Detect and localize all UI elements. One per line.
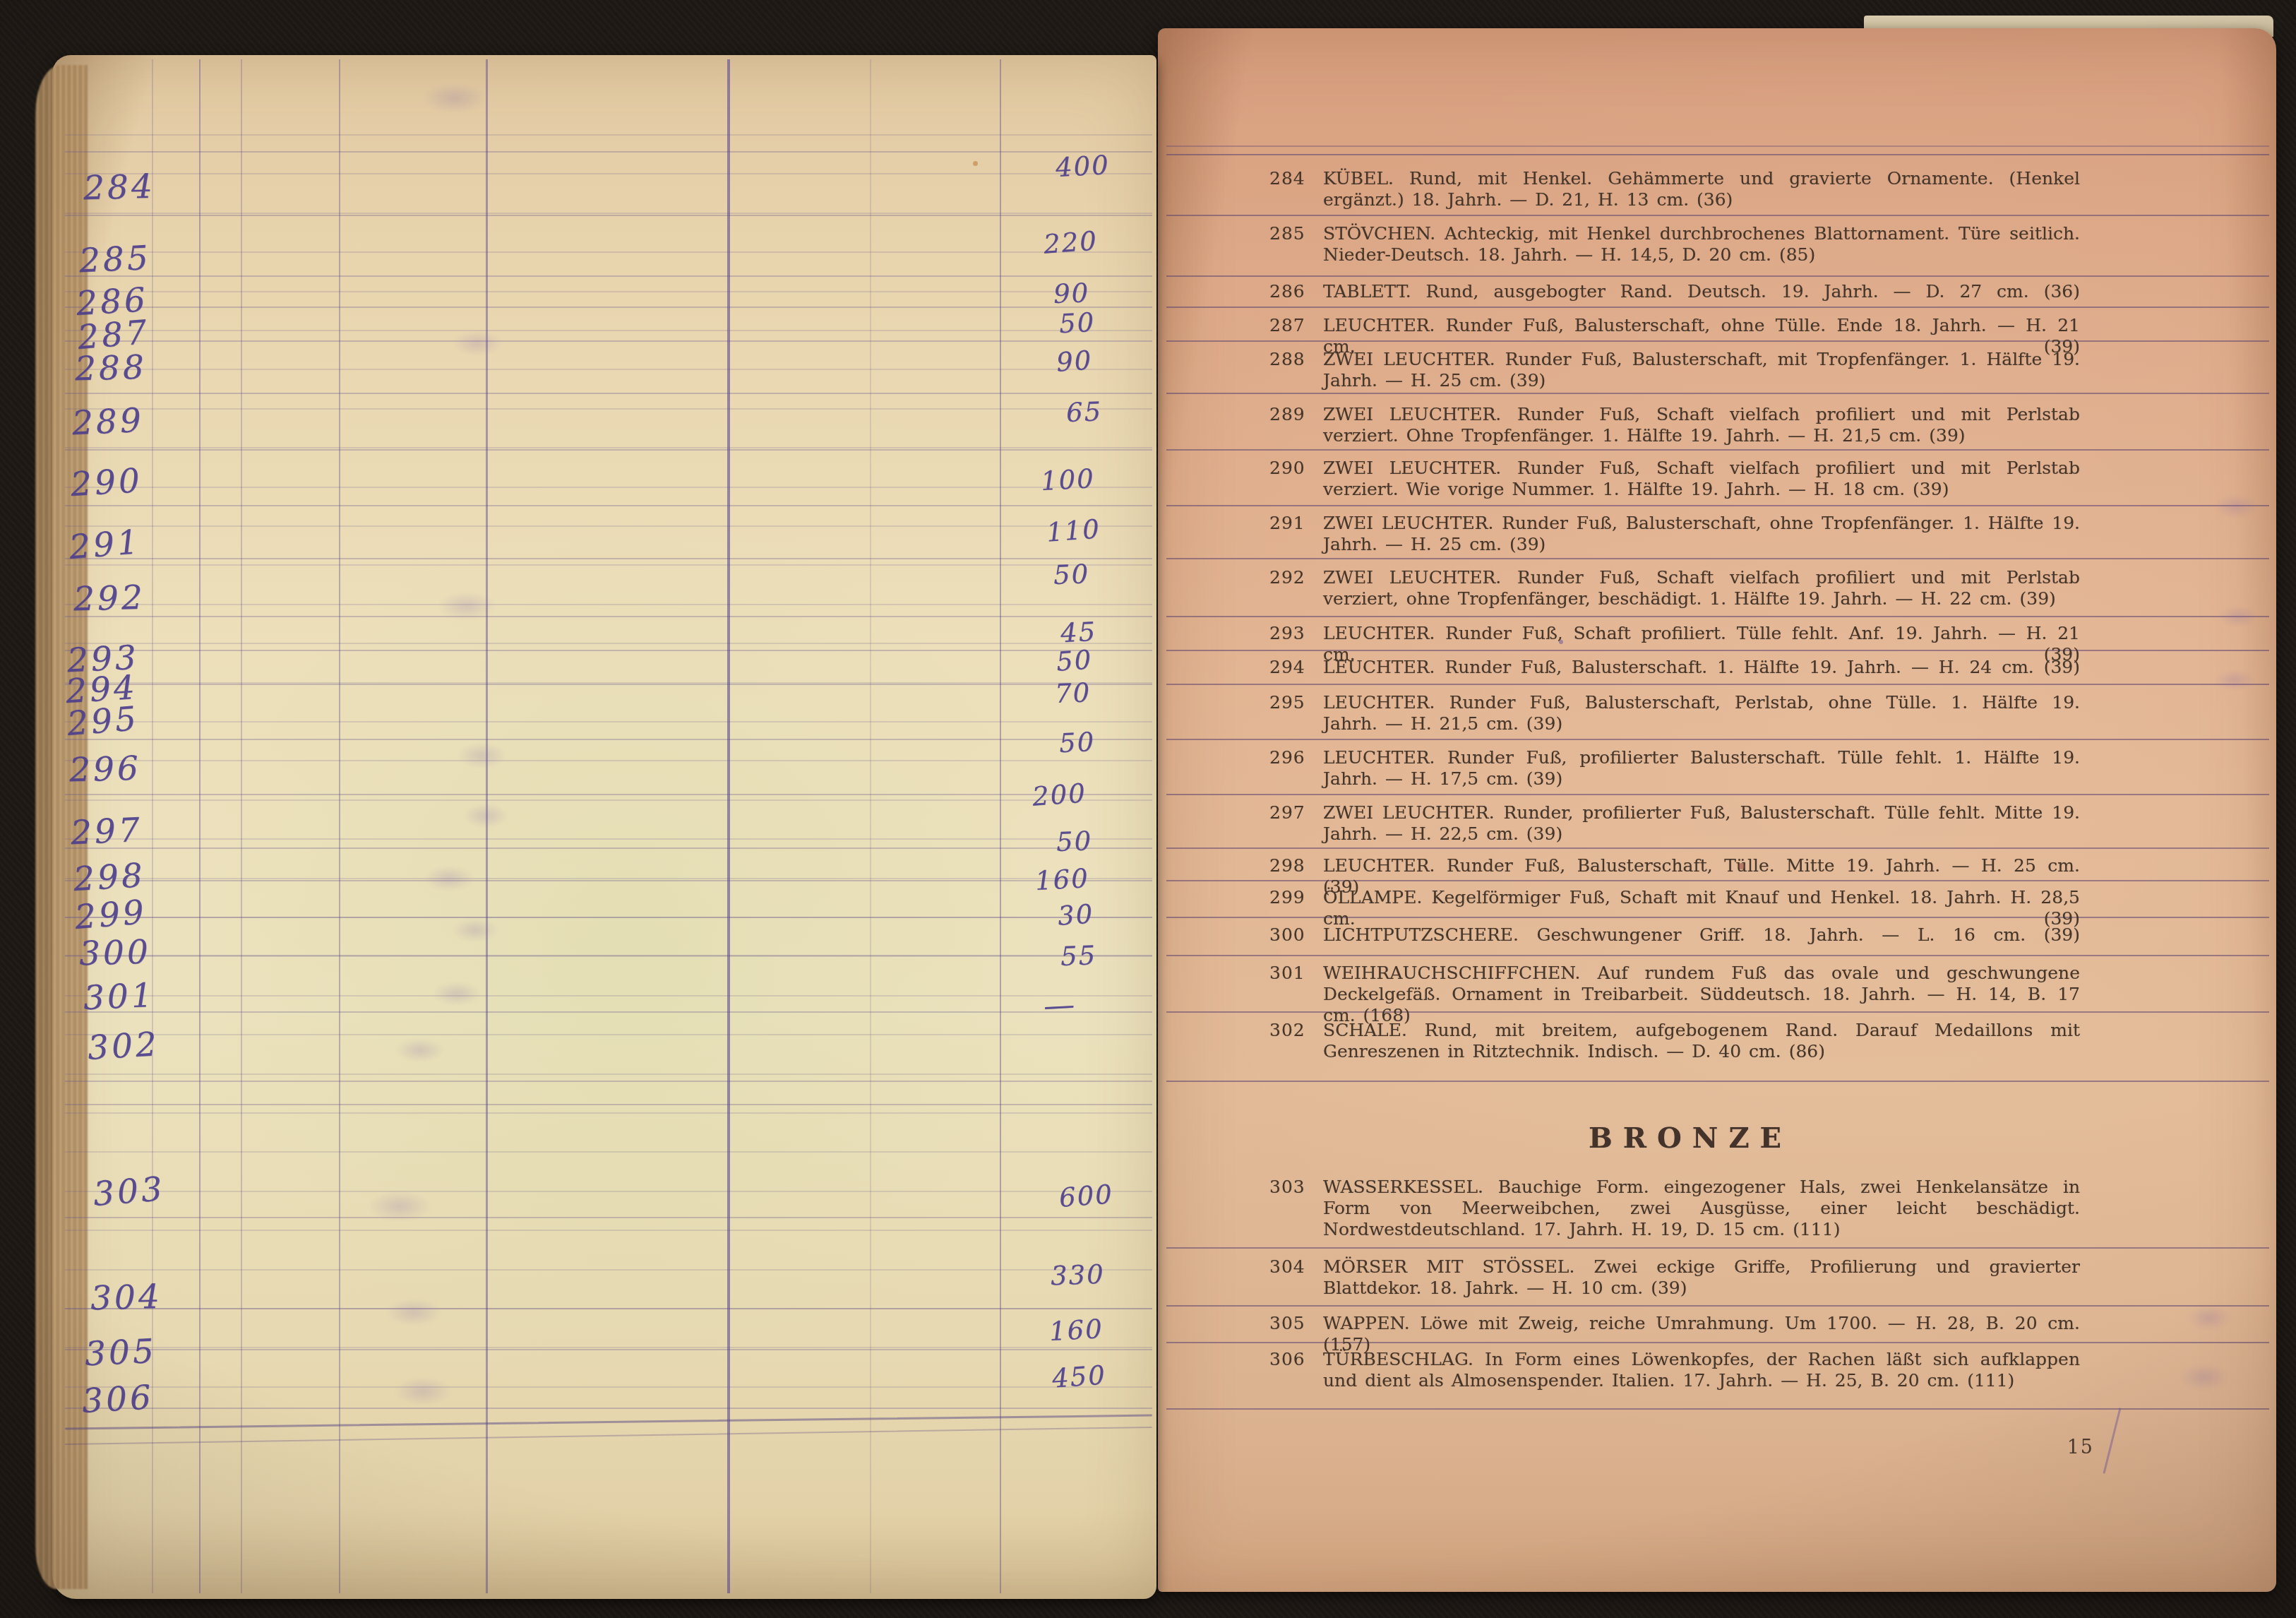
- handwritten-price: 110: [1046, 513, 1101, 547]
- catalog-entry: 297ZWEI LEUCHTER. Runder, profilierter F…: [1269, 802, 2080, 845]
- handwritten-lot-number: 284: [83, 167, 155, 208]
- handwritten-lot-number: 305: [84, 1332, 157, 1374]
- ledger-ruled-line: [65, 487, 1152, 488]
- entry-text: WEIHRAUCHSCHIFFCHEN. Auf rundem Fuß das …: [1323, 963, 2080, 1025]
- ledger-ruled-line: [65, 151, 1152, 153]
- handwritten-lot-number: 303: [92, 1170, 167, 1214]
- entry-number: 291: [1269, 513, 1312, 534]
- catalog-entry: 294LEUCHTER. Runder Fuß, Balusterschaft.…: [1269, 657, 2080, 678]
- handwritten-lot-number: 302: [86, 1025, 160, 1068]
- ledger-ruled-line: [65, 1308, 1152, 1309]
- ledger-ruled-line: [65, 643, 1152, 644]
- entry-text: ZWEI LEUCHTER. Runder Fuß, Schaft vielfa…: [1323, 458, 2080, 499]
- entry-text: TÜRBESCHLAG. In Form eines Löwenkopfes, …: [1323, 1349, 2080, 1391]
- ledger-ruled-line: [65, 799, 1152, 801]
- ledger-ruled-line: [65, 330, 1152, 331]
- catalog-entry: 286TABLETT. Rund, ausgebogter Rand. Deut…: [1269, 281, 2080, 302]
- catalog-entry: 289ZWEI LEUCHTER. Runder Fuß, Schaft vie…: [1269, 404, 2080, 446]
- handwritten-price: 330: [1050, 1259, 1105, 1292]
- ledger-ruled-line: [65, 449, 1152, 451]
- catalog-entry: 285STÖVCHEN. Achteckig, mit Henkel durch…: [1269, 223, 2080, 266]
- ledger-ruled-line: [65, 650, 1152, 651]
- ledger-ruled-line: [65, 1230, 1152, 1231]
- ledger-ruled-line: [65, 340, 1152, 342]
- ledger-ruled-line: [65, 760, 1152, 761]
- entry-separator-line: [1166, 1305, 2269, 1307]
- handwritten-price: 50: [1056, 644, 1094, 677]
- entry-text: MÖRSER MIT STÖSSEL. Zwei eckige Griffe, …: [1323, 1256, 2080, 1298]
- entry-separator-line: [1166, 616, 2269, 617]
- ledger-ruled-line: [65, 1151, 1152, 1153]
- ledger-ruled-line: [65, 1408, 1152, 1409]
- entry-number: 292: [1269, 567, 1312, 588]
- entry-text: STÖVCHEN. Achteckig, mit Henkel durchbro…: [1323, 223, 2080, 265]
- handwritten-lot-number: 299: [73, 893, 148, 937]
- ledger-ruled-line: [65, 291, 1152, 292]
- catalog-entry: 306TÜRBESCHLAG. In Form eines Löwenkopfe…: [1269, 1349, 2080, 1391]
- ledger-ruled-line: [65, 1112, 1152, 1114]
- handwritten-price: 450: [1051, 1360, 1107, 1393]
- entry-separator-line: [1166, 275, 2269, 277]
- entry-number: 303: [1269, 1177, 1312, 1198]
- handwritten-price: 100: [1040, 463, 1096, 496]
- ledger-ruled-line: [65, 604, 1152, 605]
- handwritten-price: 30: [1057, 898, 1095, 931]
- catalog-entry: 291ZWEI LEUCHTER. Runder Fuß, Balustersc…: [1269, 513, 2080, 555]
- entry-separator-line: [1166, 794, 2269, 795]
- paper-speck: [1559, 640, 1563, 644]
- ledger-ruled-line: [65, 995, 1152, 997]
- handwritten-lot-number: 288: [74, 348, 147, 389]
- handwritten-price: 90: [1053, 278, 1090, 309]
- entry-separator-line: [1166, 145, 2269, 147]
- handwritten-lot-number: 292: [73, 578, 145, 619]
- handwritten-price: 220: [1043, 225, 1099, 259]
- ledger-column-line: [1000, 59, 1001, 1593]
- ledger-ruled-line: [65, 721, 1152, 722]
- handwritten-price: 90: [1056, 345, 1094, 377]
- ledger-ruled-line: [65, 616, 1152, 617]
- entry-text: LEUCHTER. Runder Fuß, profilierter Balus…: [1323, 747, 2080, 789]
- handwritten-price: —: [1043, 987, 1076, 1024]
- entry-separator-line: [1166, 1247, 2269, 1249]
- entry-number: 298: [1269, 855, 1312, 876]
- handwritten-lot-number: 296: [68, 749, 141, 790]
- entry-separator-line: [1166, 154, 2269, 155]
- ledger-ruled-line: [65, 794, 1152, 795]
- entry-separator-line: [1166, 1408, 2269, 1410]
- ledger-ruled-line: [65, 1034, 1152, 1035]
- entry-number: 294: [1269, 657, 1312, 678]
- entry-number: 289: [1269, 404, 1312, 425]
- catalog-entry: 300LICHTPUTZSCHERE. Geschwungener Griff.…: [1269, 924, 2080, 946]
- entry-number: 297: [1269, 802, 1312, 823]
- entry-text: KÜBEL. Rund, mit Henkel. Gehämmerte und …: [1323, 168, 2080, 210]
- ledger-ruled-line: [65, 1269, 1152, 1271]
- handwritten-lot-number: 290: [69, 461, 143, 504]
- entry-number: 293: [1269, 623, 1312, 644]
- ledger-ruled-line: [65, 393, 1152, 394]
- entry-text: WASSERKESSEL. Bauchige Form. eingezogene…: [1323, 1177, 2080, 1239]
- handwritten-price: 160: [1048, 1314, 1104, 1347]
- entry-text: ÖLLAMPE. Kegelförmiger Fuß, Schaft mit K…: [1323, 887, 2080, 929]
- entry-separator-line: [1166, 449, 2269, 451]
- entry-text: ZWEI LEUCHTER. Runder, profilierter Fuß,…: [1323, 802, 2080, 844]
- catalog-entry: 302SCHALE. Rund, mit breitem, aufgebogen…: [1269, 1020, 2080, 1062]
- ledger-ruled-line: [65, 505, 1152, 506]
- ledger-ruled-line: [65, 1081, 1152, 1082]
- handwritten-price: 200: [1032, 778, 1087, 811]
- ledger-ruled-line: [65, 878, 1152, 879]
- entry-number: 284: [1269, 168, 1312, 189]
- ledger-ruled-line: [65, 838, 1152, 840]
- entry-number: 300: [1269, 924, 1312, 946]
- handwritten-price: 50: [1053, 559, 1090, 590]
- ledger-ruled-line: [65, 684, 1152, 685]
- ledger-ruled-line: [65, 1386, 1152, 1388]
- handwritten-lot-number: 285: [78, 239, 152, 280]
- ledger-ruled-line: [65, 134, 1152, 136]
- handwritten-price: 400: [1055, 150, 1111, 183]
- ledger-ruled-line: [65, 564, 1152, 566]
- handwritten-lot-number: 300: [78, 933, 151, 974]
- ledger-ruled-line: [65, 408, 1152, 410]
- handwritten-price: 45: [1060, 617, 1097, 649]
- entry-text: TABLETT. Rund, ausgebogter Rand. Deutsch…: [1323, 281, 2080, 302]
- paper-speck: [1738, 863, 1745, 869]
- entry-text: LEUCHTER. Runder Fuß, Balusterschaft. 1.…: [1323, 657, 2080, 677]
- ledger-column-line: [727, 59, 730, 1593]
- catalog-entry: 290ZWEI LEUCHTER. Runder Fuß, Schaft vie…: [1269, 458, 2080, 500]
- handwritten-lot-number: 289: [71, 401, 145, 443]
- entry-text: ZWEI LEUCHTER. Runder Fuß, Balusterschaf…: [1323, 513, 2080, 554]
- catalog-entry: 295LEUCHTER. Runder Fuß, Balusterschaft,…: [1269, 692, 2080, 734]
- ledger-column-line: [870, 59, 871, 1593]
- entry-separator-line: [1166, 215, 2269, 216]
- entry-text: ZWEI LEUCHTER. Runder Fuß, Balusterschaf…: [1323, 349, 2080, 391]
- entry-separator-line: [1166, 505, 2269, 506]
- ledger-ruled-line: [65, 1011, 1152, 1013]
- ledger-ruled-line: [65, 955, 1152, 956]
- catalog-entry: 303WASSERKESSEL. Bauchige Form. eingezog…: [1269, 1177, 2080, 1240]
- handwritten-price: 50: [1056, 826, 1093, 857]
- entry-text: SCHALE. Rund, mit breitem, aufgebogenem …: [1323, 1020, 2080, 1061]
- ledger-ruled-line: [65, 847, 1152, 849]
- handwritten-lot-number: 301: [83, 976, 156, 1018]
- ledger-ruled-line: [65, 1191, 1152, 1192]
- handwritten-lot-number: 298: [72, 856, 146, 899]
- handwritten-price: 65: [1065, 396, 1103, 428]
- entry-number: 302: [1269, 1020, 1312, 1041]
- entry-text: LICHTPUTZSCHERE. Geschwungener Griff. 18…: [1323, 924, 2080, 945]
- catalog-entry: 304MÖRSER MIT STÖSSEL. Zwei eckige Griff…: [1269, 1256, 2080, 1299]
- section-header: BRONZE: [1175, 1122, 2206, 1155]
- entry-number: 286: [1269, 281, 1312, 302]
- ledger-column-line: [199, 59, 201, 1593]
- ledger-ruled-line: [65, 1073, 1152, 1075]
- ledger-ruled-line: [65, 1349, 1152, 1350]
- entry-separator-line: [1166, 847, 2269, 849]
- handwritten-price: 160: [1034, 863, 1090, 896]
- entry-separator-line: [1166, 955, 2269, 956]
- handwritten-price: 600: [1058, 1179, 1114, 1213]
- ledger-column-line: [486, 59, 488, 1593]
- handwritten-lot-number: 291: [68, 523, 143, 567]
- ledger-ruled-line: [65, 275, 1152, 277]
- ledger-ruled-line: [65, 525, 1152, 527]
- entry-number: 287: [1269, 315, 1312, 336]
- entry-number: 305: [1269, 1313, 1312, 1334]
- entry-separator-line: [1166, 739, 2269, 740]
- ledger-column-line: [241, 59, 242, 1593]
- ledger-ruled-line: [65, 447, 1152, 448]
- ledger-ruled-line: [65, 307, 1152, 308]
- handwritten-lot-number: 306: [80, 1378, 155, 1421]
- entry-separator-line: [1166, 558, 2269, 559]
- ledger-ruled-line: [65, 213, 1152, 214]
- handwritten-price: 50: [1058, 727, 1096, 759]
- entry-text: ZWEI LEUCHTER. Runder Fuß, Schaft vielfa…: [1323, 567, 2080, 609]
- ledger-ruled-line: [65, 173, 1152, 174]
- entry-number: 296: [1269, 747, 1312, 768]
- ledger-column-line: [339, 59, 340, 1593]
- entry-separator-line: [1166, 393, 2269, 394]
- ledger-ruled-line: [65, 880, 1152, 881]
- entry-separator-line: [1166, 684, 2269, 685]
- ledger-page: [52, 55, 1156, 1599]
- handwritten-lot-number: 297: [70, 811, 143, 852]
- entry-number: 290: [1269, 458, 1312, 479]
- ledger-ruled-line: [65, 739, 1152, 740]
- entry-number: 285: [1269, 223, 1312, 244]
- ledger-ruled-line: [65, 251, 1152, 253]
- handwritten-price: 55: [1060, 940, 1097, 972]
- ledger-ruled-line: [65, 215, 1152, 216]
- handwritten-lot-number: 295: [66, 699, 140, 744]
- paper-speck: [973, 161, 978, 166]
- entry-number: 306: [1269, 1349, 1312, 1370]
- entry-number: 288: [1269, 349, 1312, 370]
- handwritten-price: 50: [1058, 307, 1096, 340]
- entry-separator-line: [1166, 1081, 2269, 1082]
- ledger-ruled-line: [65, 917, 1152, 918]
- catalog-entry: 288ZWEI LEUCHTER. Runder Fuß, Balustersc…: [1269, 349, 2080, 391]
- catalog-entry: 292ZWEI LEUCHTER. Runder Fuß, Schaft vie…: [1269, 567, 2080, 609]
- entry-text: LEUCHTER. Runder Fuß, Balusterschaft, Pe…: [1323, 692, 2080, 734]
- entry-number: 301: [1269, 963, 1312, 984]
- catalog-entry: 296LEUCHTER. Runder Fuß, profilierter Ba…: [1269, 747, 2080, 790]
- entry-separator-line: [1166, 307, 2269, 308]
- ledger-ruled-line: [65, 369, 1152, 370]
- entry-number: 299: [1269, 887, 1312, 908]
- entry-number: 295: [1269, 692, 1312, 713]
- entry-number: 304: [1269, 1256, 1312, 1278]
- handwritten-lot-number: 304: [90, 1278, 162, 1319]
- ledger-ruled-line: [65, 1104, 1152, 1105]
- catalog-entry: 299ÖLLAMPE. Kegelförmiger Fuß, Schaft mi…: [1269, 887, 2080, 929]
- handwritten-price: 70: [1054, 677, 1092, 709]
- entry-text: ZWEI LEUCHTER. Runder Fuß, Schaft vielfa…: [1323, 404, 2080, 446]
- page-number: 15: [2052, 1436, 2094, 1458]
- catalog-entry: 301WEIHRAUCHSCHIFFCHEN. Auf rundem Fuß d…: [1269, 963, 2080, 1026]
- catalog-entry: 284KÜBEL. Rund, mit Henkel. Gehämmerte u…: [1269, 168, 2080, 210]
- ledger-ruled-line: [65, 1217, 1152, 1218]
- ledger-ruled-line: [65, 558, 1152, 559]
